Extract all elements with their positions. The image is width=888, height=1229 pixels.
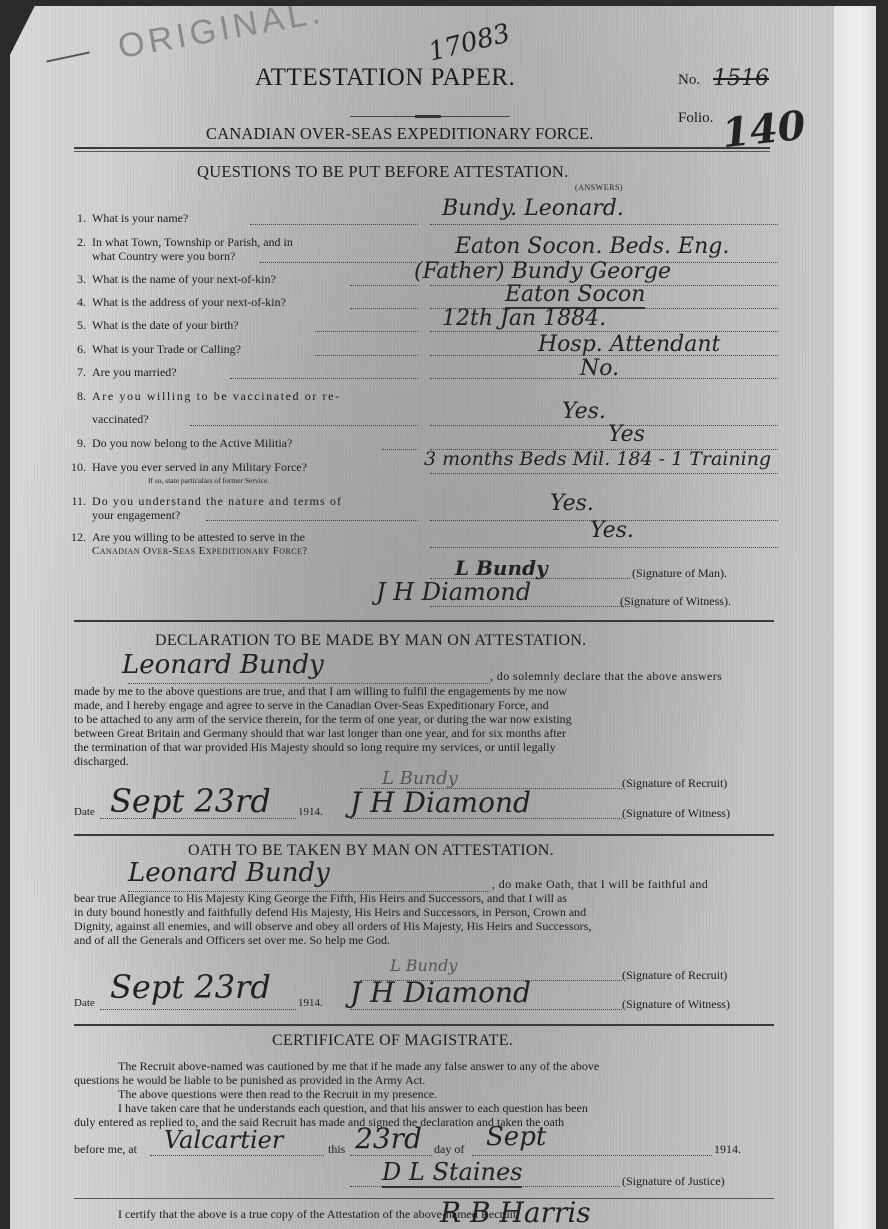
- header-divider-thin: [74, 151, 770, 152]
- question-11-cont: your engagement?: [92, 508, 180, 522]
- oath-date: Sept 23rd: [110, 968, 271, 1006]
- this-label: this: [328, 1143, 345, 1156]
- answer-9: Yes: [608, 422, 645, 447]
- answer-12: Yes.: [590, 518, 634, 543]
- answer-11: Yes.: [550, 491, 594, 516]
- magistrate-line-3: The above questions were then read to th…: [118, 1088, 437, 1101]
- answer-8: Yes.: [562, 399, 606, 424]
- question-11: 11.Do you understand the nature and term…: [62, 494, 342, 508]
- leader-dots: [315, 331, 418, 332]
- stamp-dash: [46, 51, 89, 62]
- section-divider: [74, 1024, 774, 1026]
- leader-dots: [206, 520, 418, 521]
- answer-2: Eaton Socon. Beds. Eng.: [455, 234, 729, 259]
- declaration-line-6: the termination of that war provided His…: [74, 741, 774, 754]
- original-stamp: ORIGINAL.: [115, 0, 327, 67]
- declaration-heading: DECLARATION TO BE MADE BY MAN ON ATTESTA…: [155, 632, 586, 650]
- page-subtitle: CANADIAN OVER-SEAS EXPEDITIONARY FORCE.: [206, 124, 594, 144]
- title-rule-ornament: [415, 115, 441, 118]
- leader-dots: [230, 378, 418, 379]
- question-2: 2.In what Town, Township or Parish, and …: [62, 235, 293, 249]
- before-me-label: before me, at: [74, 1143, 137, 1156]
- oath-line-3: in duty bound honestly and faithfully de…: [74, 906, 774, 919]
- oath-line-5: and of all the Generals and Officers set…: [74, 934, 390, 947]
- declaration-date-label: Date: [74, 806, 95, 818]
- question-12-cont: Canadian Over-Seas Expeditionary Force?: [92, 544, 308, 558]
- folio-label: Folio.: [678, 110, 713, 127]
- declaration-date: Sept 23rd: [110, 782, 271, 820]
- magistrate-heading: CERTIFICATE OF MAGISTRATE.: [272, 1032, 513, 1050]
- declaration-recruit-label: (Signature of Recruit): [622, 776, 727, 791]
- leader-dots: [315, 355, 418, 356]
- day-value: 23rd: [355, 1122, 422, 1155]
- answer-line: [430, 425, 778, 426]
- question-3: 3.What is the name of your next-of-kin?: [62, 272, 276, 286]
- declaration-year: 1914.: [298, 806, 323, 818]
- oath-name: Leonard Bundy: [128, 858, 330, 888]
- oath-line-1: , do make Oath, that I will be faithful …: [492, 878, 708, 891]
- magistrate-line-1: The Recruit above-named was cautioned by…: [118, 1060, 599, 1073]
- signature-line: [430, 606, 630, 607]
- oath-date-label: Date: [74, 997, 95, 1009]
- question-6: 6.What is your Trade or Calling?: [62, 342, 241, 356]
- question-1: 1.What is your name?: [62, 211, 188, 225]
- magistrate-year: 1914.: [714, 1143, 741, 1156]
- question-5: 5.What is the date of your birth?: [62, 318, 239, 332]
- oath-line-2: bear true Allegiance to His Majesty King…: [74, 892, 774, 905]
- place-line: [150, 1155, 324, 1156]
- declaration-witness-label: (Signature of Witness): [622, 806, 730, 821]
- justice-signature: D L Staines: [382, 1158, 522, 1188]
- question-8-cont: vaccinated?: [92, 412, 149, 426]
- question-9: 9.Do you now belong to the Active Militi…: [62, 436, 292, 450]
- answers-heading: (ANSWERS): [575, 183, 623, 192]
- question-2-cont: what Country were you born?: [92, 249, 235, 263]
- signature-man-label: (Signature of Man).: [632, 566, 727, 581]
- day-of-label: day of: [434, 1143, 464, 1156]
- place-value: Valcartier: [164, 1126, 283, 1154]
- oath-recruit-label: (Signature of Recruit): [622, 968, 727, 983]
- question-10-note: If so, state particulars of former Servi…: [148, 476, 269, 485]
- number-label: No.: [678, 72, 700, 89]
- answer-4: Eaton Socon: [505, 282, 645, 309]
- answer-6: Hosp. Attendant: [538, 332, 720, 357]
- leader-dots: [350, 308, 418, 309]
- signature-line: [350, 1009, 622, 1010]
- magistrate-line-2: questions he would be liable to be punis…: [74, 1074, 425, 1087]
- answer-7: No.: [580, 356, 619, 381]
- answer-10: 3 months Beds Mil. 184 - 1 Training: [424, 448, 771, 470]
- answer-3: (Father) Bundy George: [414, 259, 671, 284]
- question-8: 8.Are you willing to be vaccinated or re…: [62, 389, 341, 403]
- answer-line: [430, 547, 778, 548]
- declaration-line-7: discharged.: [74, 755, 129, 768]
- witness-signature: J H Diamond: [376, 578, 531, 606]
- reference-number: 17083: [426, 18, 514, 67]
- header-divider: [74, 147, 770, 149]
- question-4: 4.What is the address of your next-of-ki…: [62, 295, 286, 309]
- month-line: [472, 1155, 712, 1156]
- date-line: [100, 1009, 296, 1010]
- scan-right-margin: [832, 6, 876, 1229]
- justice-label: (Signature of Justice): [622, 1174, 725, 1189]
- day-line: [350, 1155, 432, 1156]
- oath-year: 1914.: [298, 997, 323, 1009]
- oath-witness-signature: J H Diamond: [350, 976, 531, 1009]
- page-title: ATTESTATION PAPER.: [255, 64, 515, 92]
- declaration-line-1: , do solemnly declare that the above ans…: [490, 670, 772, 683]
- certification-signature: R B Harris: [440, 1196, 591, 1229]
- attestation-paper: ORIGINAL. 17083 ATTESTATION PAPER. CANAD…: [10, 6, 834, 1229]
- declaration-witness-signature: J H Diamond: [350, 786, 531, 819]
- section-divider: [74, 1198, 774, 1199]
- leader-dots: [250, 224, 418, 225]
- answer-1: Bundy. Leonard.: [442, 196, 624, 221]
- signature-witness-label: (Signature of Witness).: [620, 594, 731, 609]
- leader-dots: [382, 449, 418, 450]
- question-10: 10.Have you ever served in any Military …: [62, 460, 307, 474]
- declaration-line-3: made, and I hereby engage and agree to s…: [74, 699, 774, 712]
- answer-line: [430, 224, 778, 225]
- declaration-line-4: to be attached to any arm of the service…: [74, 713, 774, 726]
- declaration-line-5: between Great Britain and Germany should…: [74, 727, 774, 740]
- section-divider: [74, 620, 774, 622]
- magistrate-line-4: I have taken care that he understands ea…: [118, 1102, 588, 1115]
- question-12: 12.Are you willing to be attested to ser…: [62, 530, 305, 544]
- man-signature: L Bundy: [455, 556, 548, 580]
- leader-dots: [260, 262, 418, 263]
- month-value: Sept: [486, 1122, 546, 1152]
- number-value: 1516: [713, 66, 769, 91]
- section-divider: [74, 834, 774, 836]
- answer-line: [430, 473, 778, 474]
- answer-5: 12th Jan 1884.: [442, 306, 606, 331]
- leader-dots: [350, 285, 418, 286]
- question-7: 7.Are you married?: [62, 365, 177, 379]
- oath-line-4: Dignity, against all enemies, and will o…: [74, 920, 774, 933]
- declaration-line-2: made by me to the above questions are tr…: [74, 685, 774, 698]
- declaration-name: Leonard Bundy: [122, 650, 324, 680]
- oath-recruit-signature: L Bundy: [390, 956, 457, 975]
- questions-heading: QUESTIONS TO BE PUT BEFORE ATTESTATION.: [197, 162, 569, 182]
- oath-witness-label: (Signature of Witness): [622, 997, 730, 1012]
- leader-dots: [190, 425, 418, 426]
